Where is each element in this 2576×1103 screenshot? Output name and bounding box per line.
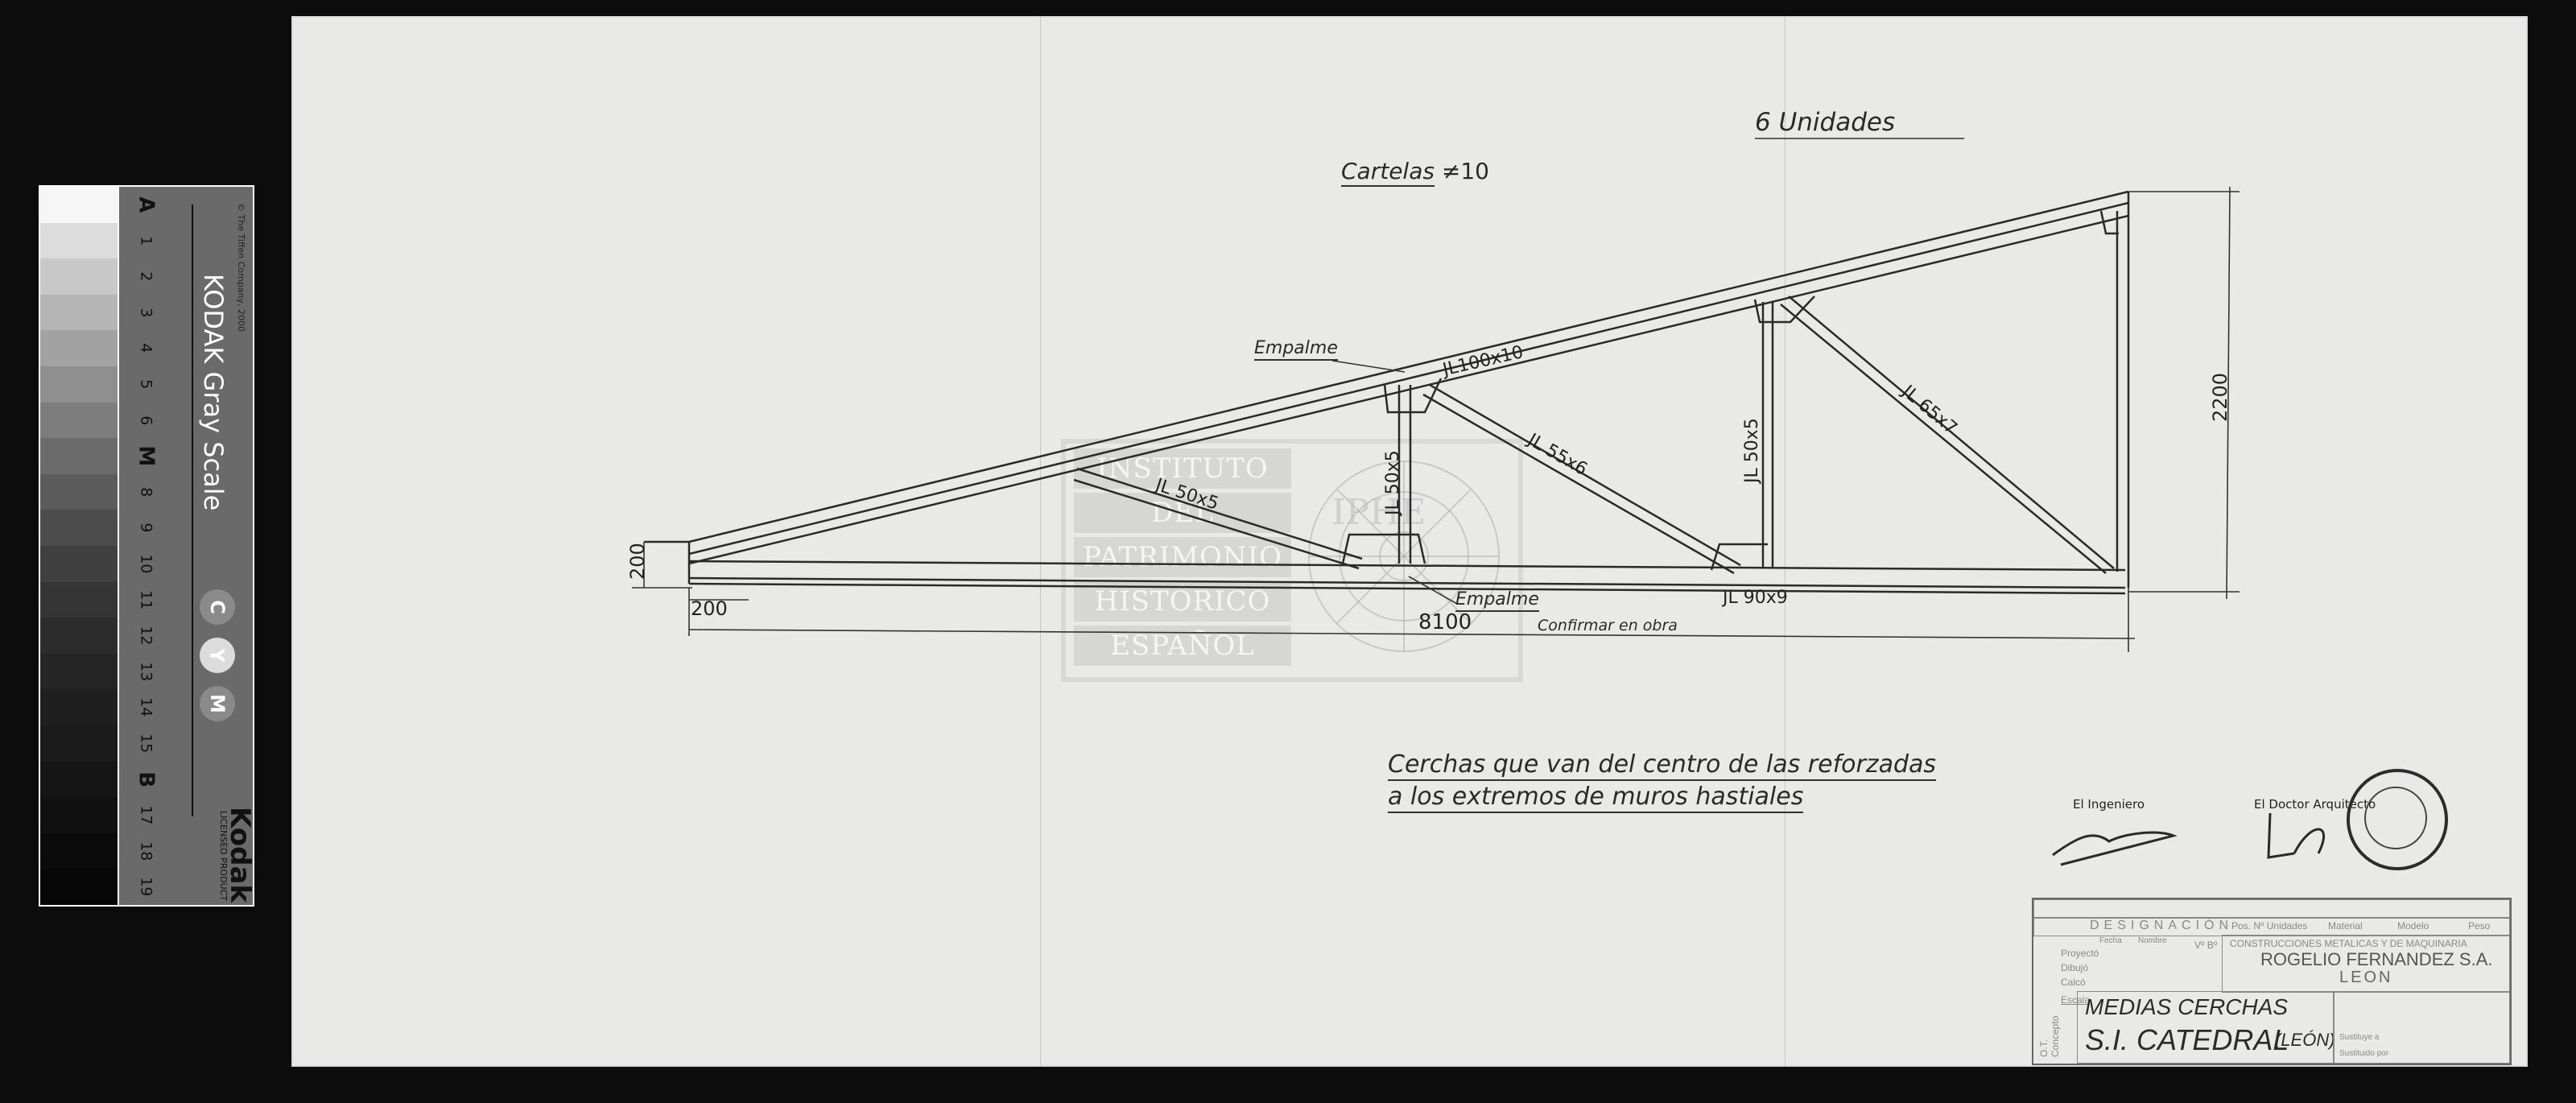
row-projected: Proyectó bbox=[2061, 948, 2099, 959]
designation-header: DESIGNACIÓN bbox=[2090, 919, 2233, 933]
side-label-ot: O.T. bbox=[2038, 1039, 2050, 1057]
left-height-dimension: 200 bbox=[626, 543, 649, 580]
engineer-label: El Ingeniero bbox=[2073, 797, 2145, 812]
coat-of-arms-icon bbox=[2364, 787, 2427, 849]
description-line-2: a los extremos de muros hastiales bbox=[1388, 783, 1803, 811]
subheader-name: Nombre bbox=[2138, 936, 2167, 945]
units-note: 6 Unidades bbox=[1755, 108, 1895, 137]
vertical-2-label: JL 50x5 bbox=[1742, 418, 1762, 483]
splice-label-top: Empalme bbox=[1254, 338, 1338, 358]
substituted-by-label: Sustituido por bbox=[2339, 1049, 2388, 1058]
confirm-note: Confirmar en obra bbox=[1538, 617, 1678, 634]
drawing-title-line-1: MEDIAS CERCHAS bbox=[2085, 994, 2288, 1020]
vertical-1-label: JL 50x5 bbox=[1383, 450, 1403, 515]
engineer-signature bbox=[2053, 832, 2173, 865]
vb-label: Vº Bº bbox=[2194, 940, 2217, 951]
description-line-1: Cerchas que van del centro de las reforz… bbox=[1388, 750, 1936, 779]
col-header-pos: Pos. Nº Unidades bbox=[2231, 920, 2307, 932]
architect-signature bbox=[2268, 813, 2324, 857]
side-label-concept: Concepto bbox=[2050, 1016, 2061, 1057]
official-seal-stamp bbox=[2347, 769, 2448, 870]
title-block: DESIGNACIÓN Pos. Nº Unidades Material Mo… bbox=[2032, 898, 2512, 1065]
substitutes-label: Sustituye a bbox=[2339, 1033, 2379, 1042]
company-line-1: CONSTRUCCIONES METALICAS Y DE MAQUINARIA bbox=[2230, 938, 2467, 949]
row-drawn: Dibujó bbox=[2061, 962, 2088, 973]
row-traced: Calcó bbox=[2061, 977, 2086, 988]
drawing-title-line-2: S.I. CATEDRAL bbox=[2085, 1023, 2289, 1057]
splice-label-bottom: Empalme bbox=[1455, 589, 1539, 609]
right-height-dimension: 2200 bbox=[2209, 373, 2231, 422]
drawing-location: (LEÓN) bbox=[2275, 1030, 2335, 1051]
span-dimension: 8100 bbox=[1418, 610, 1472, 634]
col-header-model: Modelo bbox=[2397, 920, 2429, 932]
col-header-material: Material bbox=[2328, 920, 2363, 932]
col-header-weight: Peso bbox=[2468, 920, 2490, 932]
bottom-chord-label: JL 90x9 bbox=[1723, 588, 1788, 608]
company-city: LEON bbox=[2339, 969, 2392, 987]
left-width-dimension: 200 bbox=[691, 597, 728, 620]
subheader-date: Fecha bbox=[2099, 936, 2122, 945]
company-name: ROGELIO FERNANDEZ S.A. bbox=[2260, 949, 2493, 970]
gussets-note: Cartelas ≠10 bbox=[1341, 158, 1489, 184]
